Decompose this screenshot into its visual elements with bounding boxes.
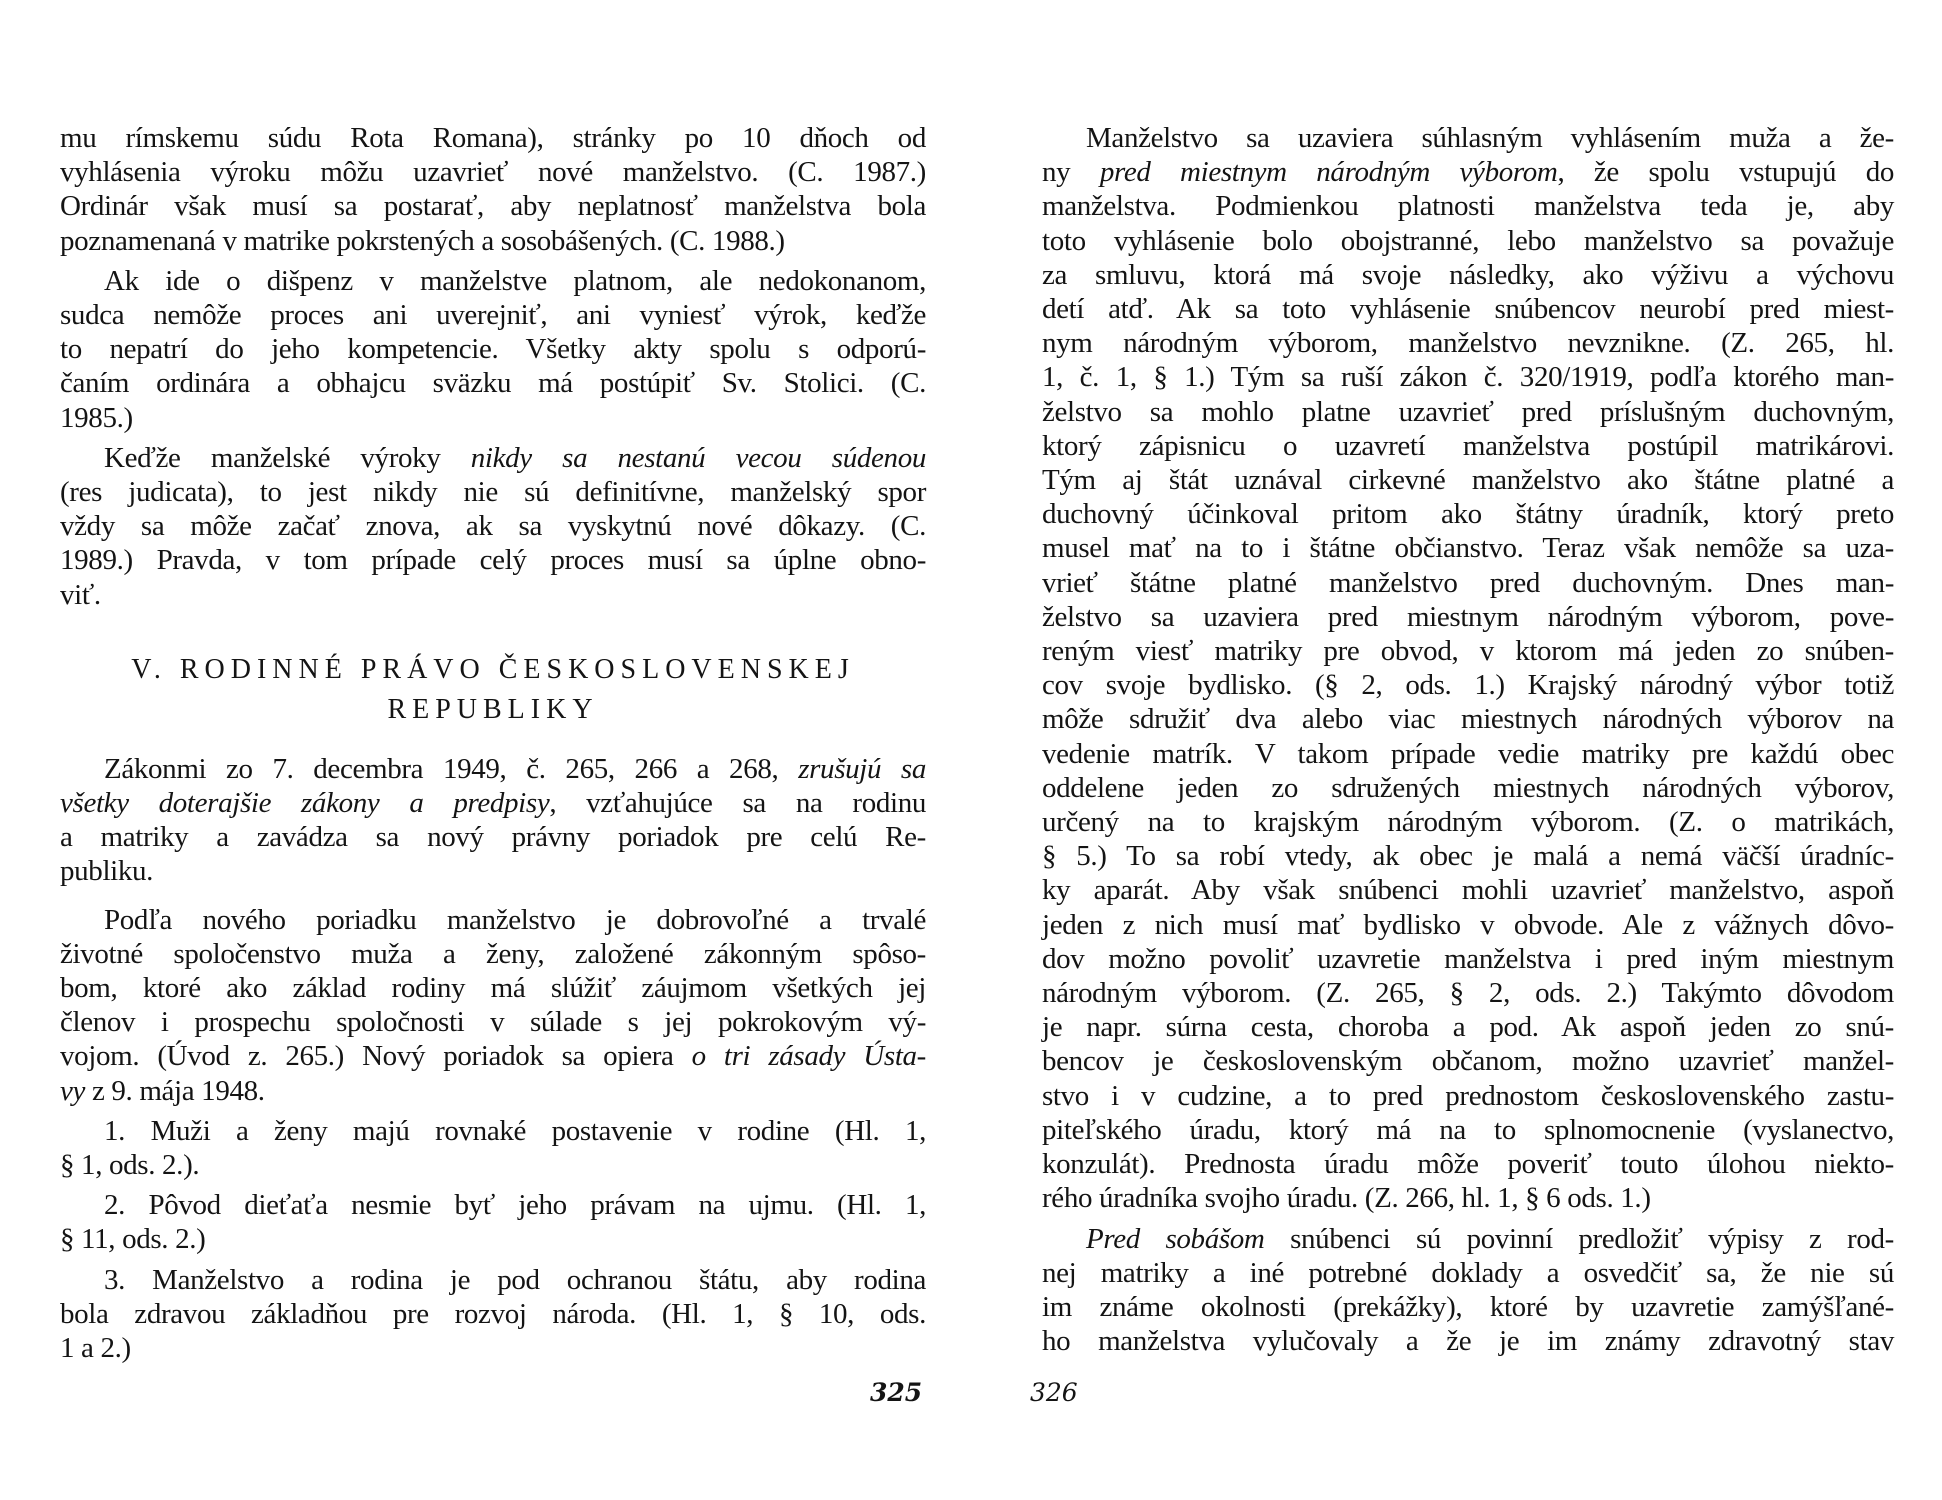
- principle-2: 2. Pôvod dieťaťa nesmie byť jeho právam …: [60, 1188, 926, 1256]
- text-line: je napr. súrna cesta, choroba a pod. Ak …: [1042, 1010, 1894, 1044]
- text-line: 1989.) Pravda, v tom prípade celý proces…: [60, 543, 926, 577]
- text-line: § 5.) To sa robí vtedy, ak obec je malá …: [1042, 839, 1894, 873]
- text-line: Podľa nového poriadku manželstvo je dobr…: [60, 903, 926, 937]
- text-line: publiku.: [60, 854, 926, 888]
- text-line: ho manželstva vylučovaly a že je im znám…: [1042, 1324, 1894, 1358]
- text-line: ktorý zápisnicu o uzavretí manželstva po…: [1042, 429, 1894, 463]
- text-line: vy z 9. mája 1948.: [60, 1074, 926, 1108]
- right-page: Manželstvo sa uzaviera súhlasným vyhláse…: [1042, 121, 1894, 1364]
- text-normal: Keďže manželské výroky: [104, 442, 471, 474]
- text-line: ky aparát. Aby však snúbenci mohli uzavr…: [1042, 873, 1894, 907]
- text-line: im známe okolnosti (prekážky), ktoré by …: [1042, 1290, 1894, 1324]
- text-line: reným viesť matriky pre obvod, v ktorom …: [1042, 634, 1894, 668]
- text-emphasis: všetky doterajšie zákony a predpisy: [60, 787, 549, 819]
- text-line: a matriky a zavádza sa nový právny poria…: [60, 820, 926, 854]
- text-line: Keďže manželské výroky nikdy sa nestanú …: [60, 441, 926, 475]
- text-line: oddelene jeden zo sdružených miestnych n…: [1042, 771, 1894, 805]
- paragraph-rota-romana: mu rímskemu súdu Rota Romana), stránky p…: [60, 121, 926, 258]
- text-normal: vojom. (Úvod z. 265.) Nový poriadok sa o…: [60, 1040, 692, 1072]
- text-line: dov možno povoliť uzavretie manželstva i…: [1042, 942, 1894, 976]
- text-line: Pred sobášom snúbenci sú povinní predlož…: [1042, 1222, 1894, 1256]
- text-line: viť.: [60, 578, 926, 612]
- text-line: 3. Manželstvo a rodina je pod ochranou š…: [60, 1263, 926, 1297]
- text-line: § 1, ods. 2.).: [60, 1148, 926, 1182]
- text-line: členov i prospechu spoločnosti v súlade …: [60, 1005, 926, 1039]
- principle-3: 3. Manželstvo a rodina je pod ochranou š…: [60, 1263, 926, 1366]
- heading-line: REPUBLIKY: [60, 690, 926, 730]
- paragraph-res-judicata: Keďže manželské výroky nikdy sa nestanú …: [60, 441, 926, 612]
- paragraph-dispenz: Ak ide o dišpenz v manželstve platnom, a…: [60, 264, 926, 435]
- text-line: vojom. (Úvod z. 265.) Nový poriadok sa o…: [60, 1039, 926, 1073]
- text-line: určený na to krajským národným výborom. …: [1042, 805, 1894, 839]
- text-emphasis: nikdy sa nestanú vecou súdenou: [471, 442, 926, 474]
- text-normal: snúbenci sú povinní predložiť výpisy z r…: [1265, 1223, 1894, 1255]
- paragraph-zakonmi: Zákonmi zo 7. decembra 1949, č. 265, 266…: [60, 752, 926, 889]
- text-line: bola zdravou základňou pre rozvoj národa…: [60, 1297, 926, 1331]
- text-line: toto vyhlásenie bolo obojstranné, lebo m…: [1042, 224, 1894, 258]
- text-line: (res judicata), to jest nikdy nie sú def…: [60, 475, 926, 509]
- text-line: nej matriky a iné potrebné doklady a osv…: [1042, 1256, 1894, 1290]
- paragraph-novy-poriadok: Podľa nového poriadku manželstvo je dobr…: [60, 903, 926, 1108]
- text-line: čaním ordinára a obhajcu sväzku má postú…: [60, 366, 926, 400]
- text-line: mu rímskemu súdu Rota Romana), stránky p…: [60, 121, 926, 155]
- text-line: 1985.): [60, 401, 926, 435]
- text-line: piteľského úradu, ktorý má na to splnomo…: [1042, 1113, 1894, 1147]
- text-normal: , vzťahujúce sa na rodinu: [549, 787, 926, 819]
- text-normal: Zákonmi zo 7. decembra 1949, č. 265, 266…: [104, 753, 798, 785]
- text-line: môže sdružiť dva alebo viac miestnych ná…: [1042, 702, 1894, 736]
- text-normal: , že spolu vstupujú do: [1557, 156, 1894, 188]
- text-line: bom, ktoré ako základ rodiny má slúžiť z…: [60, 971, 926, 1005]
- text-line: duchovný účinkoval pritom ako štátny úra…: [1042, 497, 1894, 531]
- text-line: manželstva. Podmienkou platnosti manžels…: [1042, 189, 1894, 223]
- text-line: Ordinár však musí sa postarať, aby nepla…: [60, 189, 926, 223]
- page-number-left: 325: [870, 1378, 922, 1407]
- text-line: želstvo sa mohlo platne uzavrieť pred pr…: [1042, 395, 1894, 429]
- text-emphasis: Pred sobášom: [1086, 1223, 1265, 1255]
- text-line: nym národným výborom, manželstvo nevznik…: [1042, 326, 1894, 360]
- text-line: 2. Pôvod dieťaťa nesmie byť jeho právam …: [60, 1188, 926, 1222]
- text-line: Zákonmi zo 7. decembra 1949, č. 265, 266…: [60, 752, 926, 786]
- text-line: 1, č. 1, § 1.) Tým sa ruší zákon č. 320/…: [1042, 360, 1894, 394]
- text-emphasis: o tri zásady Ústa-: [692, 1040, 926, 1072]
- principle-1: 1. Muži a ženy majú rovnaké postavenie v…: [60, 1114, 926, 1182]
- text-line: vrieť štátne platné manželstvo pred duch…: [1042, 566, 1894, 600]
- text-line: životné spoločenstvo muža a ženy, založe…: [60, 937, 926, 971]
- text-emphasis: vy: [60, 1075, 85, 1107]
- paragraph-uzaviera: Manželstvo sa uzaviera súhlasným vyhláse…: [1042, 121, 1894, 1216]
- section-heading: V. RODINNÉ PRÁVO ČESKOSLOVENSKEJ REPUBLI…: [60, 650, 926, 730]
- text-line: musel mať na to i štátne občianstvo. Ter…: [1042, 531, 1894, 565]
- text-line: Manželstvo sa uzaviera súhlasným vyhláse…: [1042, 121, 1894, 155]
- page-number-right: 326: [1030, 1378, 1078, 1407]
- text-line: vedenie matrík. V takom prípade vedie ma…: [1042, 737, 1894, 771]
- text-line: § 11, ods. 2.): [60, 1222, 926, 1256]
- text-normal: ny: [1042, 156, 1100, 188]
- text-line: 1 a 2.): [60, 1331, 926, 1365]
- text-line: želstvo sa uzaviera pred miestnym národn…: [1042, 600, 1894, 634]
- text-line: všetky doterajšie zákony a predpisy, vzť…: [60, 786, 926, 820]
- text-line: 1. Muži a ženy majú rovnaké postavenie v…: [60, 1114, 926, 1148]
- text-line: národným výborom. (Z. 265, § 2, ods. 2.)…: [1042, 976, 1894, 1010]
- text-line: cov svoje bydlisko. (§ 2, ods. 1.) Krajs…: [1042, 668, 1894, 702]
- text-line: ny pred miestnym národným výborom, že sp…: [1042, 155, 1894, 189]
- text-line: konzulát). Prednosta úradu môže poveriť …: [1042, 1147, 1894, 1181]
- text-line: to nepatrí do jeho kompetencie. Všetky a…: [60, 332, 926, 366]
- text-line: rého úradníka svojho úradu. (Z. 266, hl.…: [1042, 1181, 1894, 1215]
- text-normal: z 9. mája 1948.: [85, 1075, 265, 1107]
- text-line: bencov je československým občanom, možno…: [1042, 1044, 1894, 1078]
- text-line: Tým aj štát uznával cirkevné manželstvo …: [1042, 463, 1894, 497]
- text-line: vyhlásenia výroku môžu uzavrieť nové man…: [60, 155, 926, 189]
- text-emphasis: zrušujú sa: [798, 753, 926, 785]
- left-page: mu rímskemu súdu Rota Romana), stránky p…: [60, 121, 926, 1371]
- text-line: Ak ide o dišpenz v manželstve platnom, a…: [60, 264, 926, 298]
- text-line: detí atď. Ak sa toto vyhlásenie snúbenco…: [1042, 292, 1894, 326]
- text-line: vždy sa môže začať znova, ak sa vyskytnú…: [60, 509, 926, 543]
- text-line: stvo i v cudzine, a to pred prednostom č…: [1042, 1079, 1894, 1113]
- text-line: sudca nemôže proces ani uverejniť, ani v…: [60, 298, 926, 332]
- paragraph-pred-sobasom: Pred sobášom snúbenci sú povinní predlož…: [1042, 1222, 1894, 1359]
- text-emphasis: pred miestnym národným výborom: [1100, 156, 1558, 188]
- text-line: jeden z nich musí mať bydlisko v obvode.…: [1042, 908, 1894, 942]
- text-line: za smluvu, ktorá má svoje následky, ako …: [1042, 258, 1894, 292]
- heading-line: V. RODINNÉ PRÁVO ČESKOSLOVENSKEJ: [60, 650, 926, 690]
- text-line: poznamenaná v matrike pokrstených a soso…: [60, 224, 926, 258]
